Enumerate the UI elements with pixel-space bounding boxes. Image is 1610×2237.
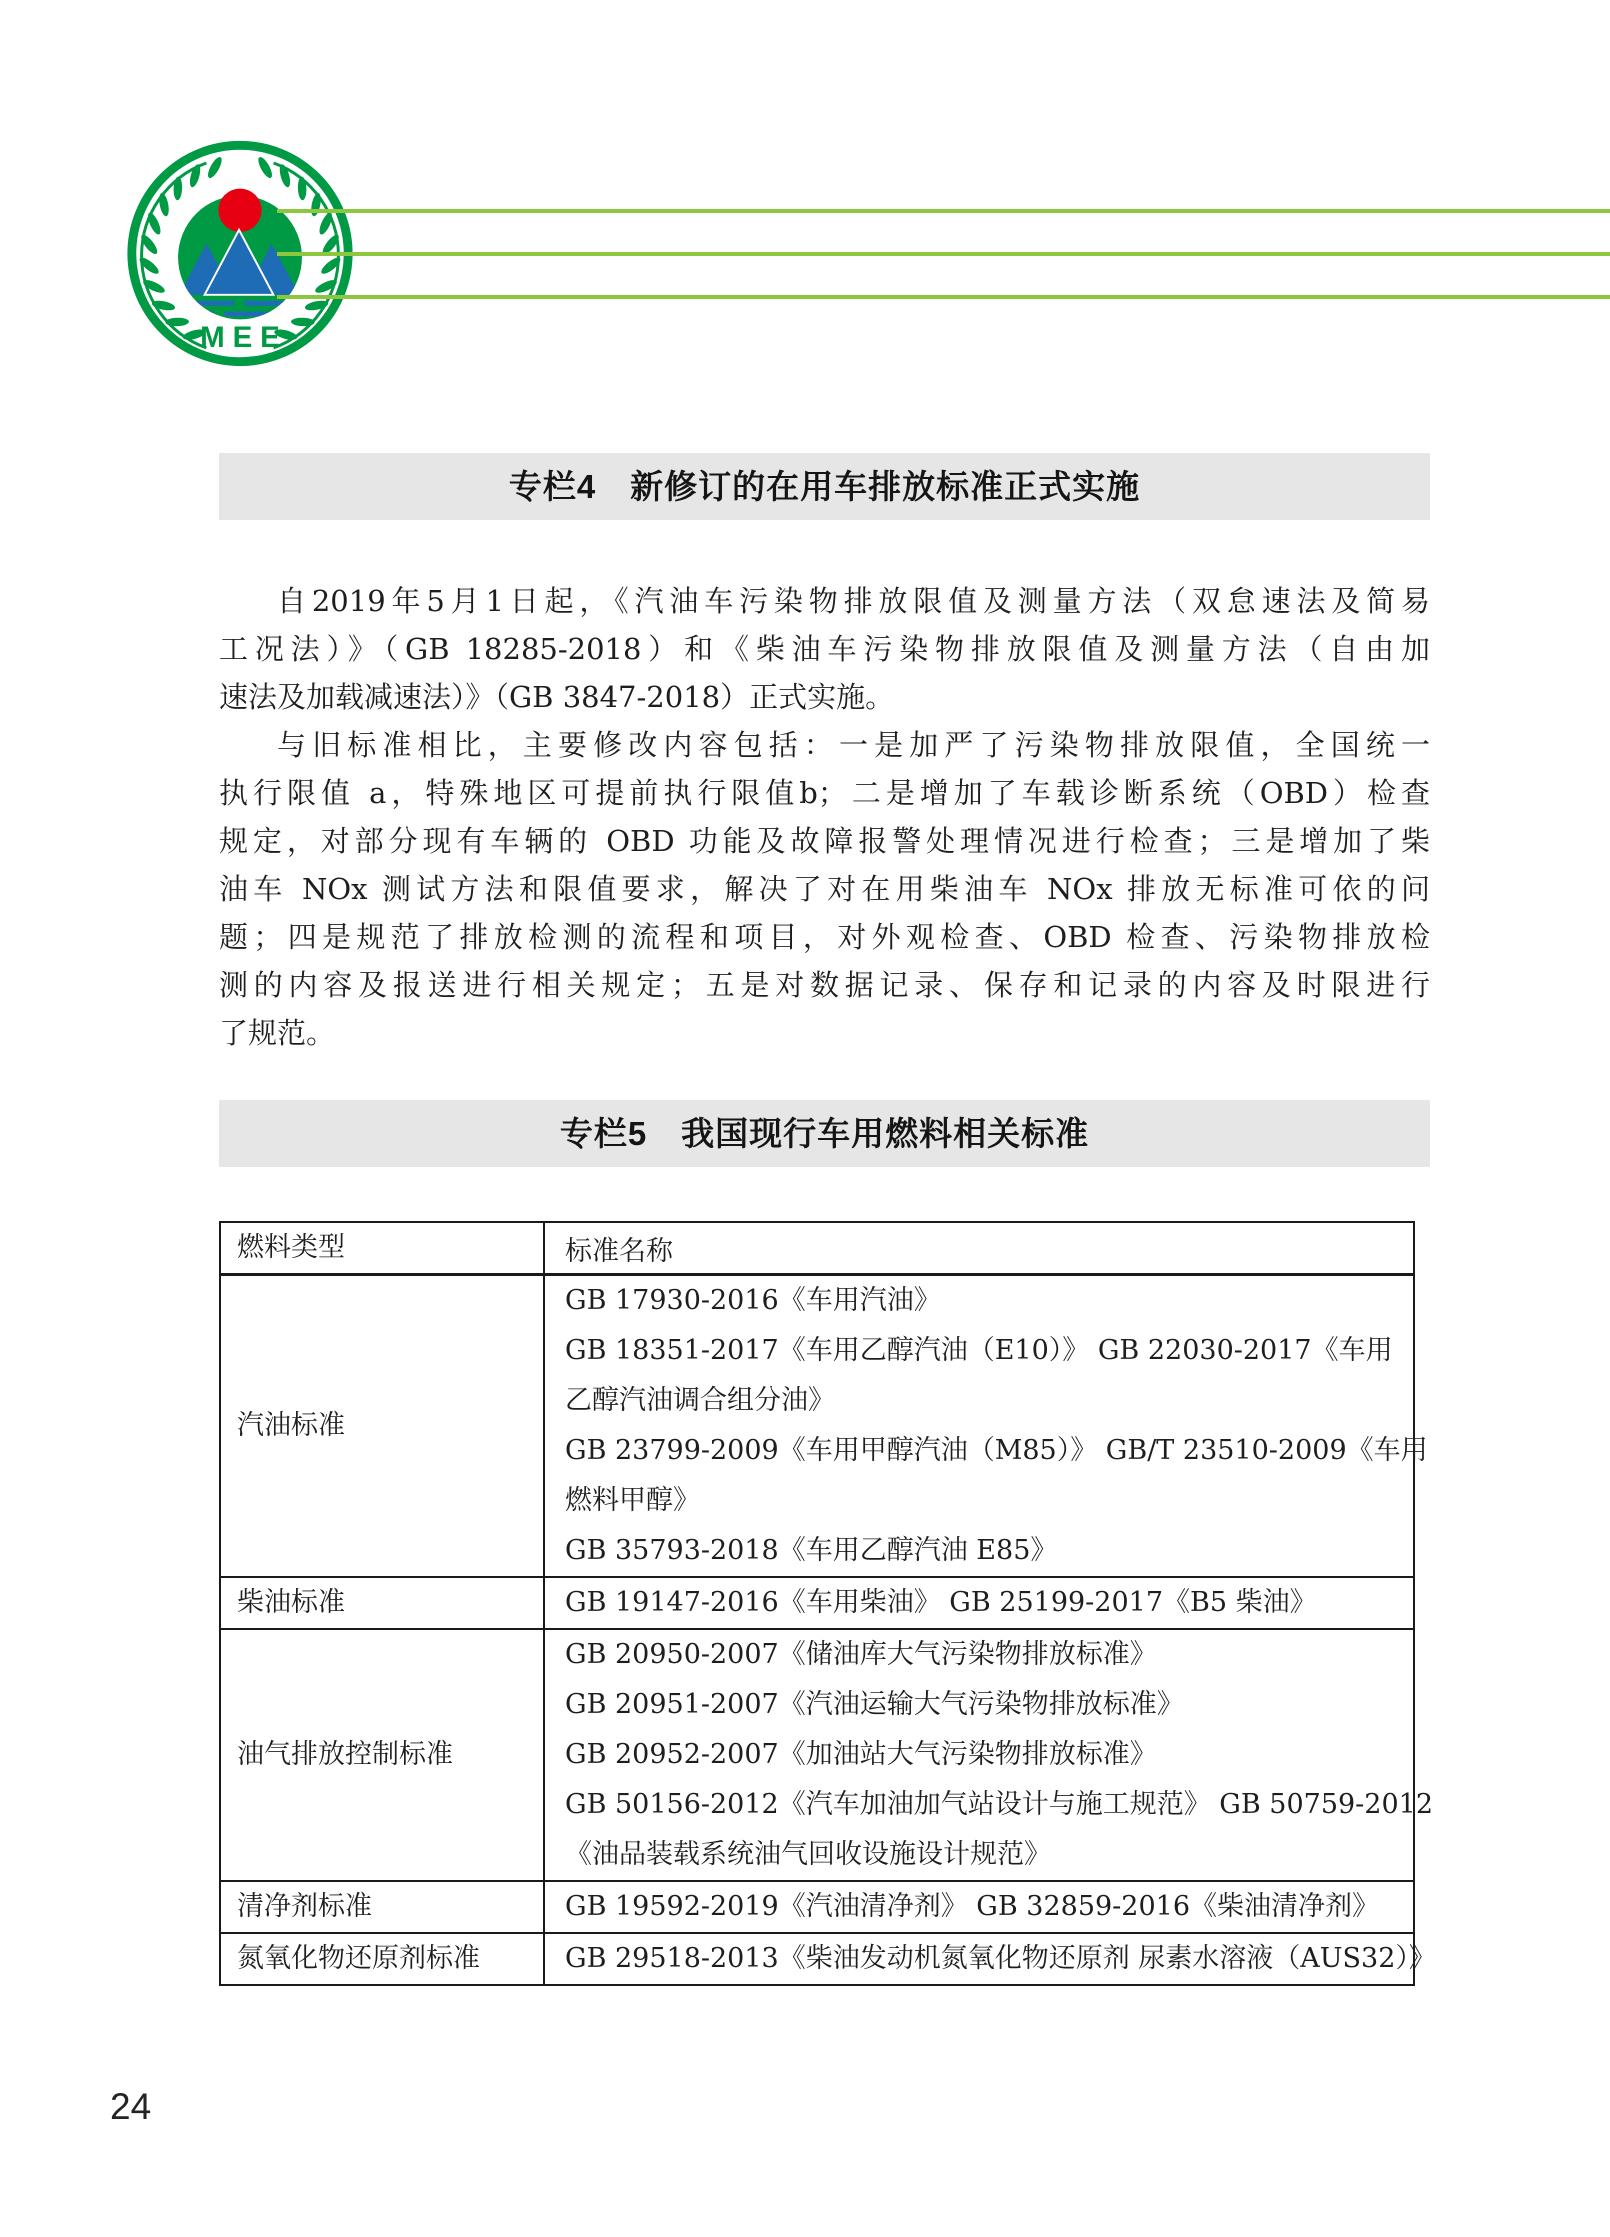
laurel-leaf [291, 317, 315, 326]
standard-line: GB 20951-2007《汽油运输大气污染物排放标准》 [565, 1680, 1405, 1730]
standard-line: 《油品装载系统油气回收设施设计规范》 [565, 1830, 1405, 1880]
fuel-type-cell: 汽油标准 [220, 1275, 544, 1578]
standard-name-header: 标准名称 [544, 1222, 1414, 1275]
laurel-leaf [165, 317, 189, 326]
standard-line: GB 35793-2018《车用乙醇汽油 E85》 [565, 1526, 1405, 1576]
fuel-table-body: 燃料类型 标准名称 汽油标准GB 17930-2016《车用汽油》GB 1835… [220, 1222, 1414, 1985]
fuel-type-cell: 清净剂标准 [220, 1881, 544, 1933]
standard-name-cell: GB 29518-2013《柴油发动机氮氧化物还原剂 尿素水溶液（AUS32）》 [544, 1933, 1414, 1985]
paragraph-line: 规定，对部分现有车辆的 OBD 功能及故障报警处理情况进行检查；三是增加了柴 [219, 817, 1430, 865]
table-header-row: 燃料类型 标准名称 [220, 1222, 1414, 1275]
standard-line: GB 17930-2016《车用汽油》 [565, 1276, 1405, 1326]
fuel-type-cell: 氮氧化物还原剂标准 [220, 1933, 544, 1985]
standard-name-cell: GB 19592-2019《汽油清净剂》 GB 32859-2016《柴油清净剂… [544, 1881, 1414, 1933]
table-row: 氮氧化物还原剂标准GB 29518-2013《柴油发动机氮氧化物还原剂 尿素水溶… [220, 1933, 1414, 1985]
laurel-leaf [205, 155, 224, 180]
standard-line: GB 20952-2007《加油站大气污染物排放标准》 [565, 1730, 1405, 1780]
paragraph-line: 油车 NOx 测试方法和限值要求，解决了对在用柴油车 NOx 排放无标准可依的问 [219, 865, 1430, 913]
table-row: 汽油标准GB 17930-2016《车用汽油》GB 18351-2017《车用乙… [220, 1275, 1414, 1578]
standard-name-cell: GB 17930-2016《车用汽油》GB 18351-2017《车用乙醇汽油（… [544, 1275, 1414, 1578]
header-rule-2 [277, 252, 1610, 256]
box4-title-bar: 专栏4 新修订的在用车排放标准正式实施 [219, 453, 1430, 520]
standard-line: GB 19147-2016《车用柴油》 GB 25199-2017《B5 柴油》 [565, 1578, 1405, 1628]
standard-line: GB 20950-2007《储油库大气污染物排放标准》 [565, 1630, 1405, 1680]
standard-line: 乙醇汽油调合组分油》 [565, 1376, 1405, 1426]
paragraph-line: 测的内容及报送进行相关规定；五是对数据记录、保存和记录的内容及时限进行 [219, 961, 1430, 1009]
paragraph-line: 自2019年5月1日起，《汽油车污染物排放限值及测量方法（双怠速法及简易 [219, 577, 1430, 625]
paragraph-line: 工况法）》（GB 18285-2018）和《柴油车污染物排放限值及测量方法（自由… [219, 625, 1430, 673]
standard-line: GB 29518-2013《柴油发动机氮氧化物还原剂 尿素水溶液（AUS32）》 [565, 1934, 1405, 1984]
standard-line: GB 18351-2017《车用乙醇汽油（E10）》 GB 22030-2017… [565, 1326, 1405, 1376]
paragraph-line: 与旧标准相比，主要修改内容包括：一是加严了污染物排放限值，全国统一 [219, 721, 1430, 769]
fuel-type-cell: 柴油标准 [220, 1577, 544, 1629]
laurel-leaf [256, 155, 275, 180]
fuel-type-header: 燃料类型 [220, 1222, 544, 1275]
laurel-leaf [151, 299, 176, 312]
standard-name-cell: GB 19147-2016《车用柴油》 GB 25199-2017《B5 柴油》 [544, 1577, 1414, 1629]
laurel-leaf [310, 192, 323, 217]
table-row: 油气排放控制标准GB 20950-2007《储油库大气污染物排放标准》GB 20… [220, 1629, 1414, 1881]
fuel-type-cell: 油气排放控制标准 [220, 1629, 544, 1881]
box5-title-bar: 专栏5 我国现行车用燃料相关标准 [219, 1100, 1430, 1167]
paragraph-line: 速法及加载减速法）》（GB 3847-2018）正式实施。 [219, 673, 1430, 721]
paragraph-line: 了规范。 [219, 1009, 1430, 1057]
laurel-leaf [304, 299, 329, 312]
paragraph-line: 执行限值 a，特殊地区可提前执行限值b；二是增加了车载诊断系统（OBD）检查 [219, 769, 1430, 817]
logo-mee-text: MEE [200, 321, 288, 354]
table-row: 柴油标准GB 19147-2016《车用柴油》 GB 25199-2017《B5… [220, 1577, 1414, 1629]
standard-name-cell: GB 20950-2007《储油库大气污染物排放标准》GB 20951-2007… [544, 1629, 1414, 1881]
sun-icon [218, 189, 261, 232]
box5-title: 专栏5 我国现行车用燃料相关标准 [560, 1115, 1089, 1152]
standard-line: GB 19592-2019《汽油清净剂》 GB 32859-2016《柴油清净剂… [565, 1882, 1405, 1932]
standard-line: GB 23799-2009《车用甲醇汽油（M85）》 GB/T 23510-20… [565, 1426, 1405, 1476]
page-number: 24 [110, 2086, 151, 2128]
standard-line: 燃料甲醇》 [565, 1476, 1405, 1526]
header-rule-1 [277, 209, 1610, 213]
table-row: 清净剂标准GB 19592-2019《汽油清净剂》 GB 32859-2016《… [220, 1881, 1414, 1933]
header-rule-3 [277, 295, 1610, 299]
standard-line: GB 50156-2012《汽车加油加气站设计与施工规范》 GB 50759-2… [565, 1780, 1405, 1830]
paragraph-line: 题；四是规范了排放检测的流程和项目，对外观检查、OBD 检查、污染物排放检 [219, 913, 1430, 961]
document-page: MEE 专栏4 新修订的在用车排放标准正式实施 自2019年5月1日起，《汽油车… [0, 0, 1610, 2237]
box4-paragraphs: 自2019年5月1日起，《汽油车污染物排放限值及测量方法（双怠速法及简易工况法）… [219, 577, 1430, 1057]
laurel-leaf [158, 192, 171, 217]
fuel-standards-table: 燃料类型 标准名称 汽油标准GB 17930-2016《车用汽油》GB 1835… [219, 1221, 1415, 1986]
box4-title: 专栏4 新修订的在用车排放标准正式实施 [509, 468, 1140, 505]
